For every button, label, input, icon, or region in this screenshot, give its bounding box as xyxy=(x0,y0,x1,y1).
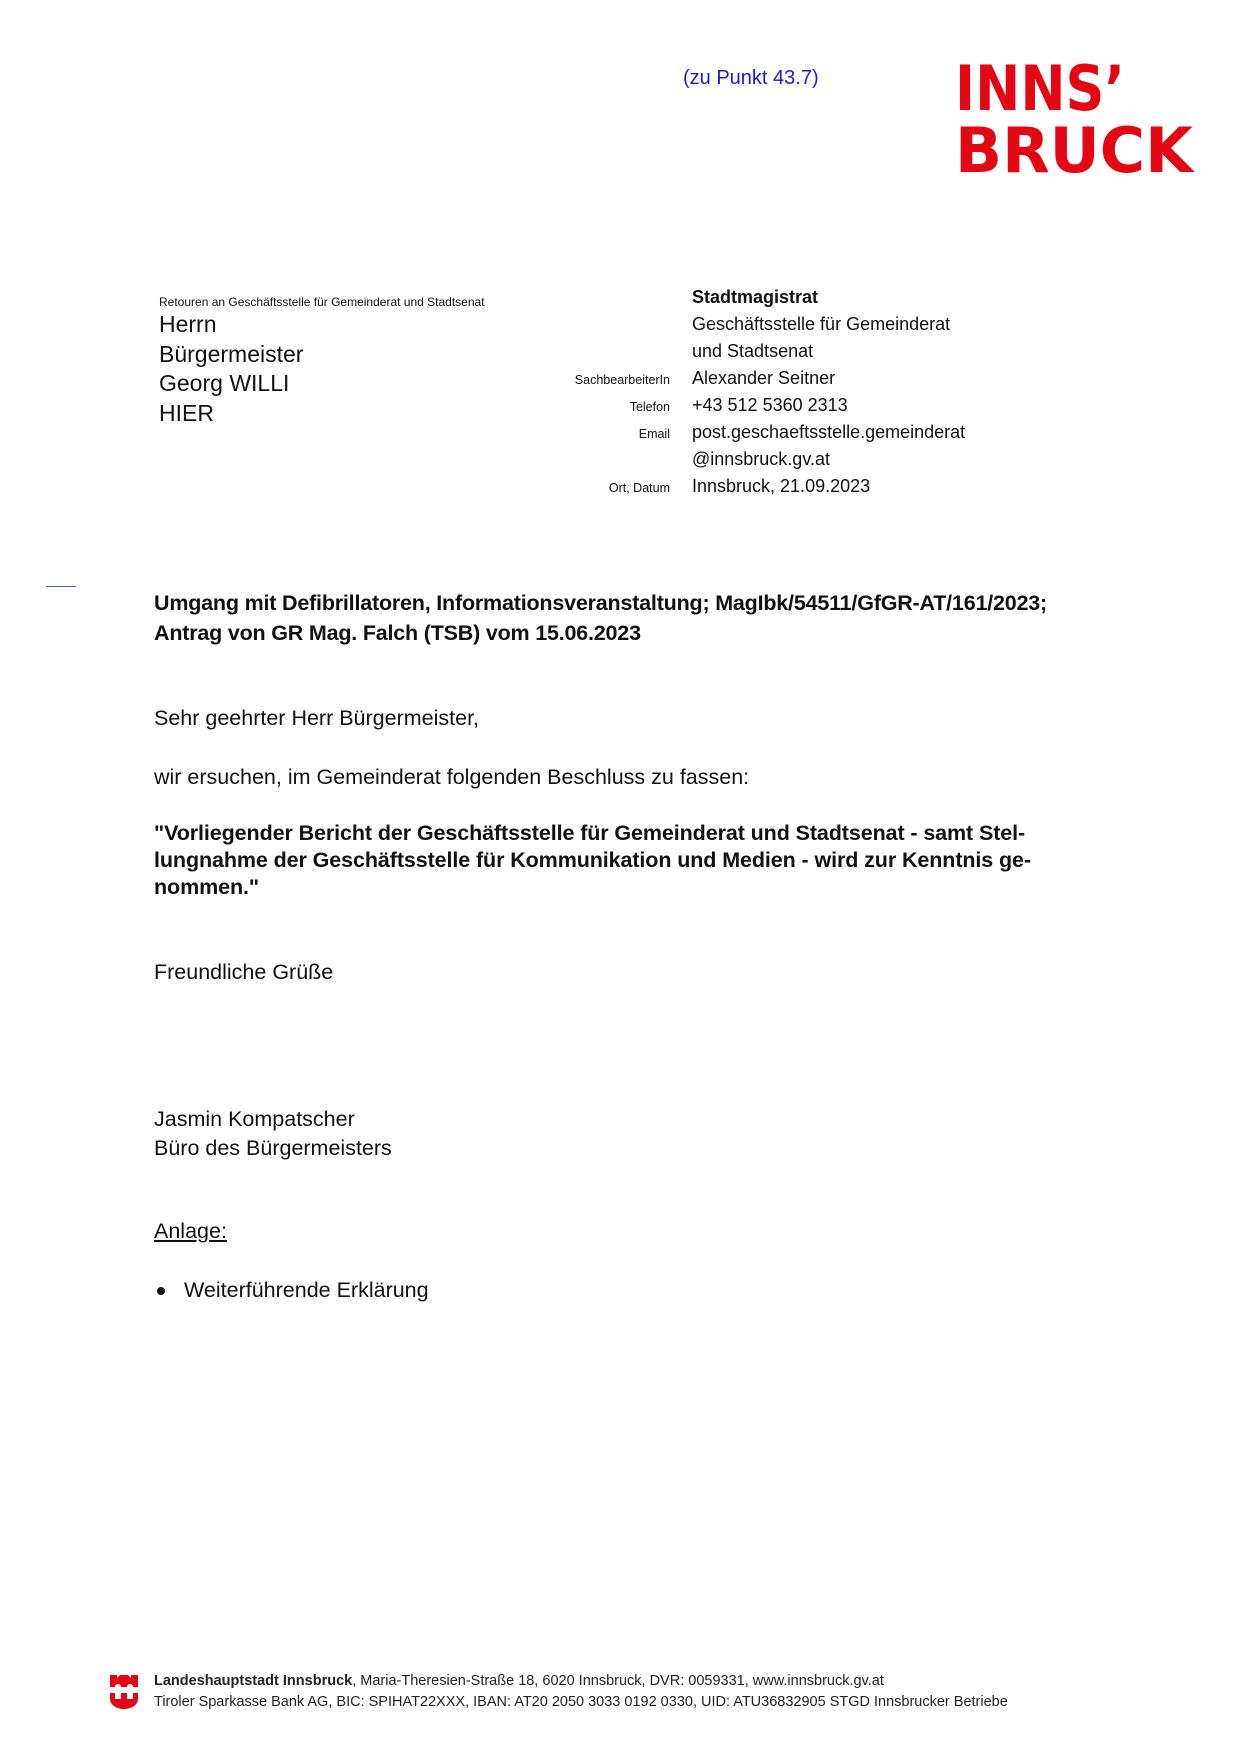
svg-text:BRUCK: BRUCK xyxy=(955,114,1195,176)
closing-greeting: Freundliche Grüße xyxy=(154,960,333,985)
return-address-line: Retouren an Geschäftsstelle für Gemeinde… xyxy=(159,295,485,309)
sender-row: SachbearbeiterIn Alexander Seitner xyxy=(500,368,965,395)
recipient-line: Georg WILLI xyxy=(159,369,303,399)
agenda-reference-note: (zu Punkt 43.7) xyxy=(683,67,819,90)
place-date-label: Ort, Datum xyxy=(500,481,692,495)
signer-office: Büro des Bürgermeisters xyxy=(154,1134,392,1163)
email-address[interactable]: post.geschaeftsstelle.gemeinderat xyxy=(692,422,965,443)
request-text: wir ersuchen, im Gemeinderat folgenden B… xyxy=(154,765,749,790)
resolution-line: nommen." xyxy=(154,874,1139,901)
footer-line-address: Landeshauptstadt Innsbruck, Maria-Theres… xyxy=(154,1671,1008,1692)
place-date: Innsbruck, 21.09.2023 xyxy=(692,476,870,497)
attachment-heading: Anlage: xyxy=(154,1219,227,1244)
clerk-label: SachbearbeiterIn xyxy=(500,373,692,387)
recipient-line: Bürgermeister xyxy=(159,340,303,370)
sender-info-block: Stadtmagistrat Geschäftsstelle für Gemei… xyxy=(500,287,965,503)
innsbruck-logo-icon: INNS’ BRUCK xyxy=(955,58,1195,176)
resolution-line: lungnahme der Geschäftsstelle für Kommun… xyxy=(154,847,1139,874)
signer-name: Jasmin Kompatscher xyxy=(154,1105,392,1134)
clerk-name: Alexander Seitner xyxy=(692,368,835,389)
footer-line-bank: Tiroler Sparkasse Bank AG, BIC: SPIHAT22… xyxy=(154,1692,1008,1713)
sender-row: Ort, Datum Innsbruck, 21.09.2023 xyxy=(500,476,965,503)
email-domain[interactable]: @innsbruck.gv.at xyxy=(692,449,830,470)
resolution-line: "Vorliegender Bericht der Geschäftsstell… xyxy=(154,820,1139,847)
recipient-address: Herrn Bürgermeister Georg WILLI HIER xyxy=(159,310,303,428)
signature-block: Jasmin Kompatscher Büro des Bürgermeiste… xyxy=(154,1105,392,1163)
sender-office-cont: und Stadtsenat xyxy=(692,341,813,362)
sender-department: Stadtmagistrat xyxy=(692,287,818,308)
sender-row: @innsbruck.gv.at xyxy=(500,449,965,476)
innsbruck-logo: INNS’ BRUCK xyxy=(955,58,1195,176)
footer-info: Landeshauptstadt Innsbruck, Maria-Theres… xyxy=(154,1671,1008,1713)
footer-org-name: Landeshauptstadt Innsbruck xyxy=(154,1673,352,1689)
recipient-line: HIER xyxy=(159,399,303,429)
fold-mark xyxy=(46,586,76,587)
phone-number: +43 512 5360 2313 xyxy=(692,395,848,416)
bullet-icon xyxy=(157,1287,165,1295)
salutation: Sehr geehrter Herr Bürgermeister, xyxy=(154,706,479,731)
letter-subject: Umgang mit Defibrillatoren, Informations… xyxy=(154,588,1047,648)
subject-line: Antrag von GR Mag. Falch (TSB) vom 15.06… xyxy=(154,618,1047,648)
recipient-line: Herrn xyxy=(159,310,303,340)
sender-row: Email post.geschaeftsstelle.gemeinderat xyxy=(500,422,965,449)
sender-row: Geschäftsstelle für Gemeinderat xyxy=(500,314,965,341)
attachment-name: Weiterführende Erklärung xyxy=(184,1278,429,1303)
sender-row: und Stadtsenat xyxy=(500,341,965,368)
resolution-text: "Vorliegender Bericht der Geschäftsstell… xyxy=(154,820,1139,901)
phone-label: Telefon xyxy=(500,400,692,414)
footer-address: , Maria-Theresien-Straße 18, 6020 Innsbr… xyxy=(352,1673,884,1689)
sender-office: Geschäftsstelle für Gemeinderat xyxy=(692,314,950,335)
subject-line: Umgang mit Defibrillatoren, Informations… xyxy=(154,588,1047,618)
sender-row: Telefon +43 512 5360 2313 xyxy=(500,395,965,422)
attachment-list-item: Weiterführende Erklärung xyxy=(154,1278,429,1303)
bridge-emblem-icon xyxy=(109,1673,139,1709)
sender-row: Stadtmagistrat xyxy=(500,287,965,314)
email-label: Email xyxy=(500,427,692,441)
